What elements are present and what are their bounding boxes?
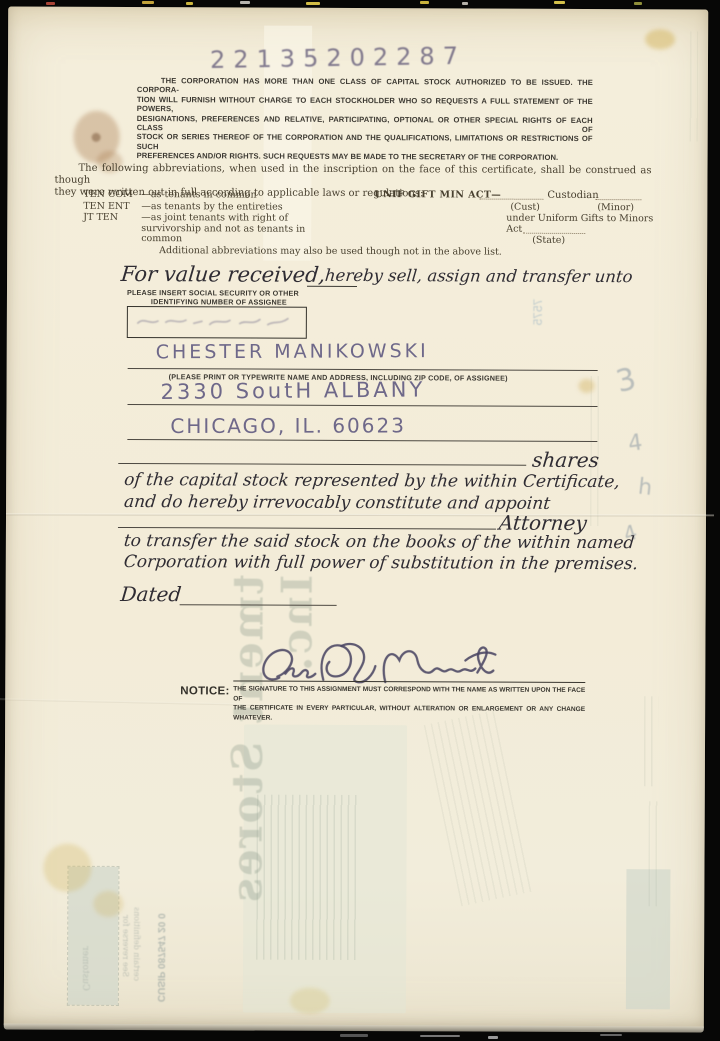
shares-word: shares — [531, 448, 600, 472]
furnish-line: THE CORPORATION HAS MORE THAN ONE CLASS … — [137, 76, 593, 97]
stamped-certificate-number: 22135202287 — [210, 42, 466, 74]
attorney-blank-line — [118, 527, 496, 530]
ghost-customer-text: Customer — [80, 911, 90, 991]
ghost-text-columns-d — [648, 801, 658, 906]
form-rule — [127, 404, 597, 407]
abbreviation-code: TEN ENT — [83, 201, 141, 212]
ghost-text-columns-c — [644, 696, 658, 786]
stain — [579, 379, 595, 393]
capital-stock-line-2: and do hereby irrevocably constitute and… — [123, 492, 551, 514]
certificate-paper: tment Stores Inc. CUSIP 087547 20 0 See … — [4, 6, 708, 1030]
furnish-line: STOCK OR SERIES THEREOF OF THE CORPORATI… — [137, 132, 593, 153]
ghost-text-columns-b — [424, 710, 535, 906]
margin-mark: h — [637, 475, 654, 501]
abbreviation-item: TEN COM—as tenants in common — [83, 189, 256, 201]
dated-label: Dated — [120, 582, 183, 606]
unif-gift-cust: (Cust) — [510, 202, 540, 213]
form-rule — [127, 439, 597, 442]
stain — [92, 133, 101, 142]
notice-line: THE CERTIFICATE IN EVERY PARTICULAR, WIT… — [233, 704, 585, 725]
unif-gift-state: (State) — [532, 235, 565, 246]
stain — [93, 891, 123, 917]
stain — [290, 988, 330, 1014]
abbreviation-def: —as tenants in common — [141, 189, 256, 201]
ghost-reverse-note-1: See reverse for — [121, 857, 131, 977]
fold-crease — [6, 513, 714, 516]
ghost-text-columns-a — [256, 795, 357, 960]
scanned-certificate-back: tment Stores Inc. CUSIP 087547 20 0 See … — [0, 0, 720, 1041]
stain — [43, 844, 91, 892]
sell-assign-transfer-text: hereby sell, assign and transfer unto — [324, 266, 633, 286]
address-line-2-handwritten: CHICAGO, IL. 60623 — [170, 413, 406, 438]
faded-handwritten-ssn — [128, 307, 302, 334]
margin-mark: 4 — [627, 430, 644, 457]
assignee-name-handwritten: CHESTER MANIKOWSKI — [156, 340, 429, 363]
furnish-line: DESIGNATIONS, PREFERENCES AND RELATIVE, … — [137, 114, 593, 135]
abbreviation-code: TEN COM — [83, 189, 141, 200]
additional-abbreviations-note: Additional abbreviations may also be use… — [159, 245, 502, 257]
ghost-reverse-note-2: certain definitions — [132, 851, 142, 981]
blank-line — [307, 286, 357, 287]
attorney-word: Attorney — [498, 511, 588, 535]
abbreviations-intro-line: The following abbreviations, when used i… — [54, 163, 651, 190]
unif-gift-custodian: Custodian — [547, 190, 598, 201]
abbreviation-item: TEN ENT—as tenants by the entireties — [83, 201, 282, 213]
stain — [645, 29, 675, 49]
furnish-line: PREFERENCES AND/OR RIGHTS. SUCH REQUESTS… — [137, 151, 593, 162]
notice-text: THE SIGNATURE TO THIS ASSIGNMENT MUST CO… — [233, 684, 585, 724]
unif-gift-act: Act — [506, 224, 522, 235]
abbreviation-def: —as tenants by the entireties — [141, 201, 282, 213]
ghost-text-columns-e — [690, 31, 698, 141]
ghost-cusip: CUSIP 087547 20 0 — [155, 852, 167, 1002]
furnish-line: TION WILL FURNISH WITHOUT CHARGE TO EACH… — [137, 95, 593, 116]
unif-gift-dotted-line — [595, 199, 641, 200]
for-value-received-text: For value received, — [120, 262, 326, 287]
notice-label: NOTICE: — [180, 685, 229, 697]
shares-blank-line — [118, 463, 526, 466]
abbreviation-item: JT TEN—as joint tenants with right of su… — [83, 213, 323, 246]
form-rule — [128, 368, 598, 371]
notice-line: THE SIGNATURE TO THIS ASSIGNMENT MUST CO… — [233, 684, 585, 705]
ghost-digits: 7575 — [531, 299, 545, 349]
paper-content-layer: tment Stores Inc. CUSIP 087547 20 0 See … — [0, 0, 720, 1041]
margin-mark: 3 — [613, 361, 640, 400]
transfer-books-line-2: Corporation with full power of substitut… — [123, 552, 639, 574]
address-line-1-handwritten: 2330 SoutH ALBANY — [160, 377, 425, 404]
unif-gift-under-line: under Uniform Gifts to Minors — [506, 213, 653, 225]
abbreviation-code: JT TEN — [83, 213, 141, 245]
unif-gift-minor: (Minor) — [597, 202, 634, 213]
ssn-entry-box — [127, 306, 307, 339]
abbreviation-def: —as joint tenants with right of survivor… — [141, 213, 309, 246]
capital-stock-line-1: of the capital stock represented by the … — [123, 470, 620, 492]
transfer-books-line-1: to transfer the said stock on the books … — [123, 531, 635, 553]
furnish-statement: THE CORPORATION HAS MORE THAN ONE CLASS … — [137, 76, 593, 163]
